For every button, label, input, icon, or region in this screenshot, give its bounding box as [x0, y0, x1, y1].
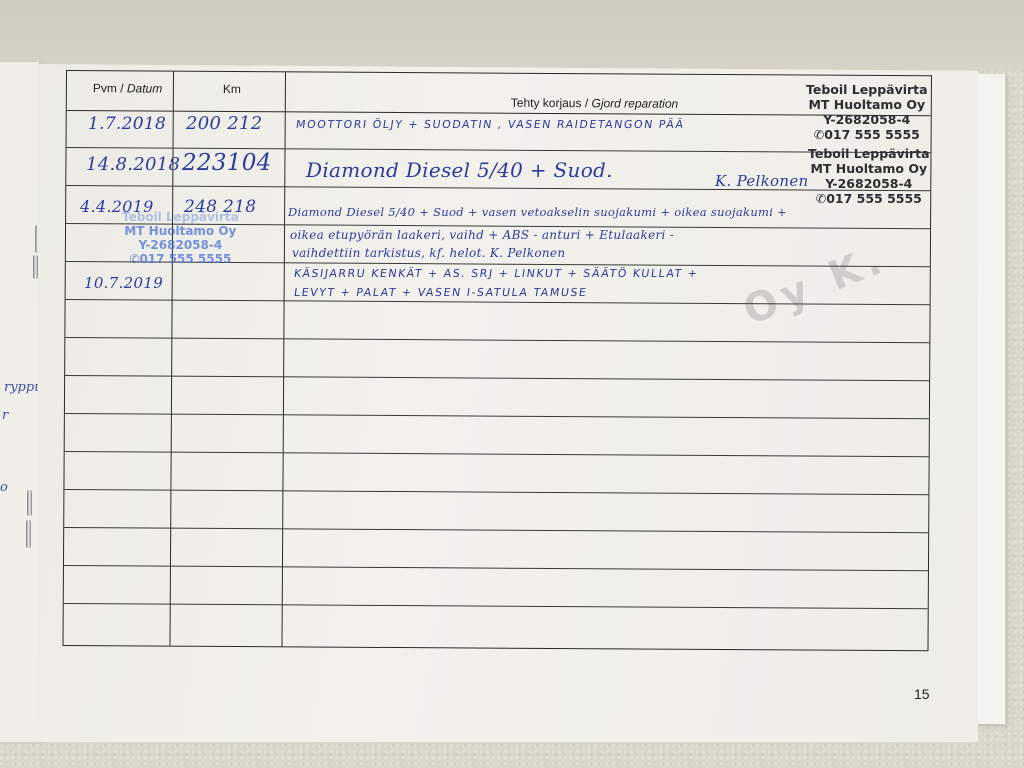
row-divider: [66, 299, 930, 305]
entry-signature: K. Pelkonen: [715, 172, 808, 190]
entry-km: 223104: [182, 150, 272, 176]
staple-icon: [26, 520, 31, 548]
row-divider: [65, 375, 929, 381]
entry-repair-line: MOOTTORI ÖLJY + SUODATIN , VASEN RAIDETA…: [295, 118, 685, 131]
entry-repair-line: LEVYT + PALAT + VASEN I-SATULA TAMUSE: [293, 286, 588, 299]
row-divider: [64, 489, 928, 495]
left-page-scribble: r: [2, 408, 8, 423]
entry-repair-line: vaihdettiin tarkistus, kf. helot. K. Pel…: [292, 246, 565, 260]
entry-repair-line: oikea etupyörän laakeri, vaihd + ABS - a…: [290, 228, 674, 242]
workshop-stamp-blue: Teboil Leppävirta MT Huoltamo Oy Y-26820…: [122, 210, 239, 266]
entry-date: 1.7.2018: [88, 114, 166, 134]
entry-repair-line: Diamond Diesel 5/40 + Suod + vasen vetoa…: [288, 205, 787, 219]
row-divider: [64, 603, 928, 609]
staple-icon: [27, 490, 32, 516]
left-page-scribble: o: [0, 480, 8, 495]
entry-repair-line: KÄSIJARRU KENKÄT + AS. SRJ + LINKUT + SÄ…: [293, 267, 699, 280]
row-divider: [65, 451, 929, 457]
row-divider: [64, 565, 928, 571]
left-page-scribble: ryppu: [4, 380, 43, 395]
row-divider: [65, 337, 929, 343]
header-date: Pvm / Datum: [93, 81, 162, 95]
header-repair: Tehty korjaus / Gjord reparation: [511, 96, 679, 111]
entry-repair-line: Diamond Diesel 5/40 + Suod.: [306, 158, 613, 182]
staple-icon: [33, 255, 38, 279]
entry-km: 200 212: [186, 113, 263, 134]
background-surface: [0, 0, 1024, 70]
entry-date: 10.7.2019: [84, 274, 163, 292]
header-km: Km: [223, 82, 241, 96]
page-number: 15: [914, 686, 930, 702]
column-divider: [281, 72, 286, 646]
table-header: Pvm / Datum Km Tehty korjaus / Gjord rep…: [67, 71, 931, 116]
row-divider: [64, 527, 928, 533]
left-page-edge: [0, 62, 40, 742]
workshop-stamp: Teboil Leppävirta MT Huoltamo Oy Y-26820…: [808, 146, 930, 206]
entry-date: 14.8.2018: [86, 154, 180, 175]
workshop-stamp: Teboil Leppävirta MT Huoltamo Oy Y-26820…: [806, 82, 928, 142]
row-divider: [65, 413, 929, 419]
